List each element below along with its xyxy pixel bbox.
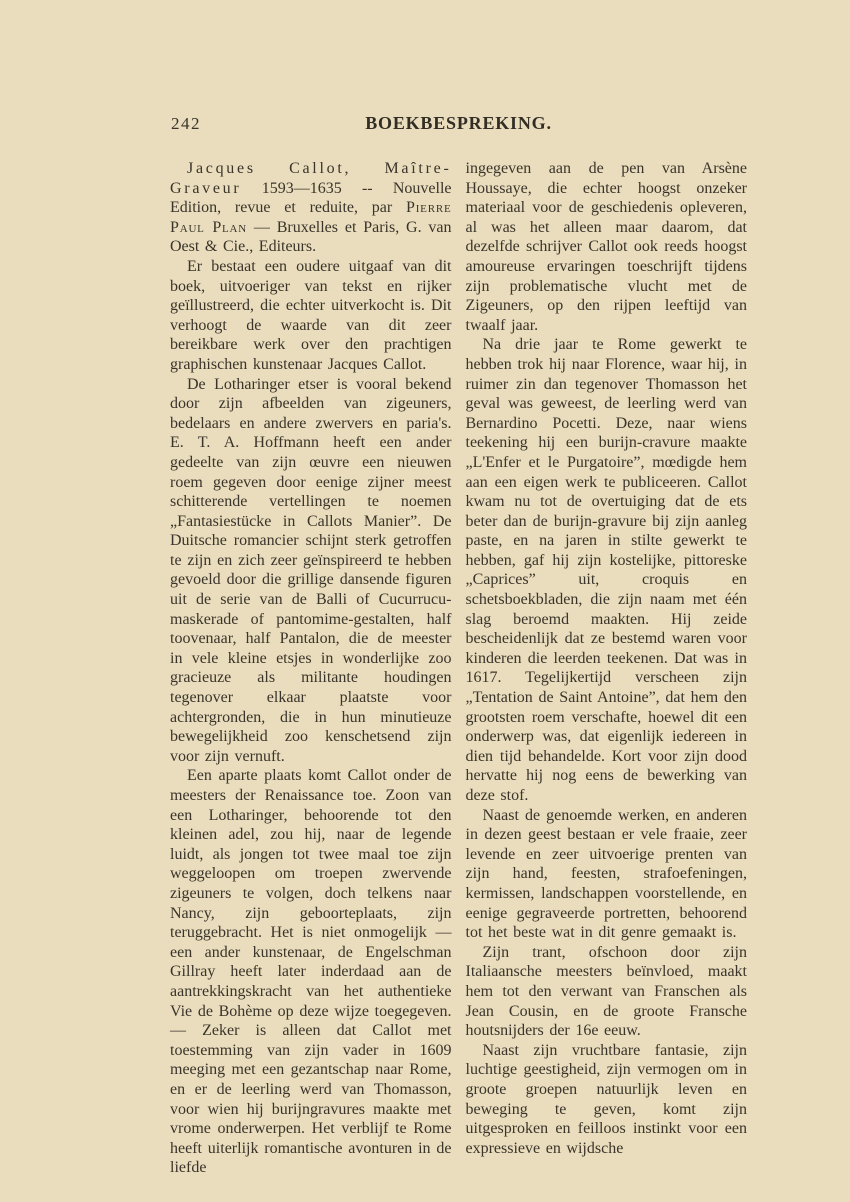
paragraph: Naast de genoemde werken, en anderen in … [466,806,748,943]
paragraph: Naast zijn vruchtbare fantasie, zijn luc… [466,1041,748,1159]
text-columns: Jacques Callot, Maître-Graveur 1593—1635… [170,159,747,1178]
right-column: ingegeven aan de pen van Arsène Houssaye… [466,159,748,1178]
paragraph-continuation: ingegeven aan de pen van Arsène Houssaye… [466,159,748,335]
page-header: 242 BOEKBESPREKING. [170,113,747,138]
left-column: Jacques Callot, Maître-Graveur 1593—1635… [170,159,452,1178]
running-head: BOEKBESPREKING. [170,113,747,134]
paragraph: De Lotharinger etser is vooral bekend do… [170,375,452,767]
page-content: 242 BOEKBESPREKING. Jacques Callot, Maît… [170,113,747,1178]
paragraph: Een aparte plaats komt Callot onder de m… [170,766,452,1177]
paragraph: Na drie jaar te Rome gewerkt te hebben t… [466,335,748,805]
article-title-paragraph: Jacques Callot, Maître-Graveur 1593—1635… [170,159,452,257]
paragraph: Zijn trant, ofschoon door zijn Italiaans… [466,943,748,1041]
scanned-book-page: 242 BOEKBESPREKING. Jacques Callot, Maît… [0,0,850,1202]
paragraph: Er bestaat een oudere uitgaaf van dit bo… [170,257,452,375]
